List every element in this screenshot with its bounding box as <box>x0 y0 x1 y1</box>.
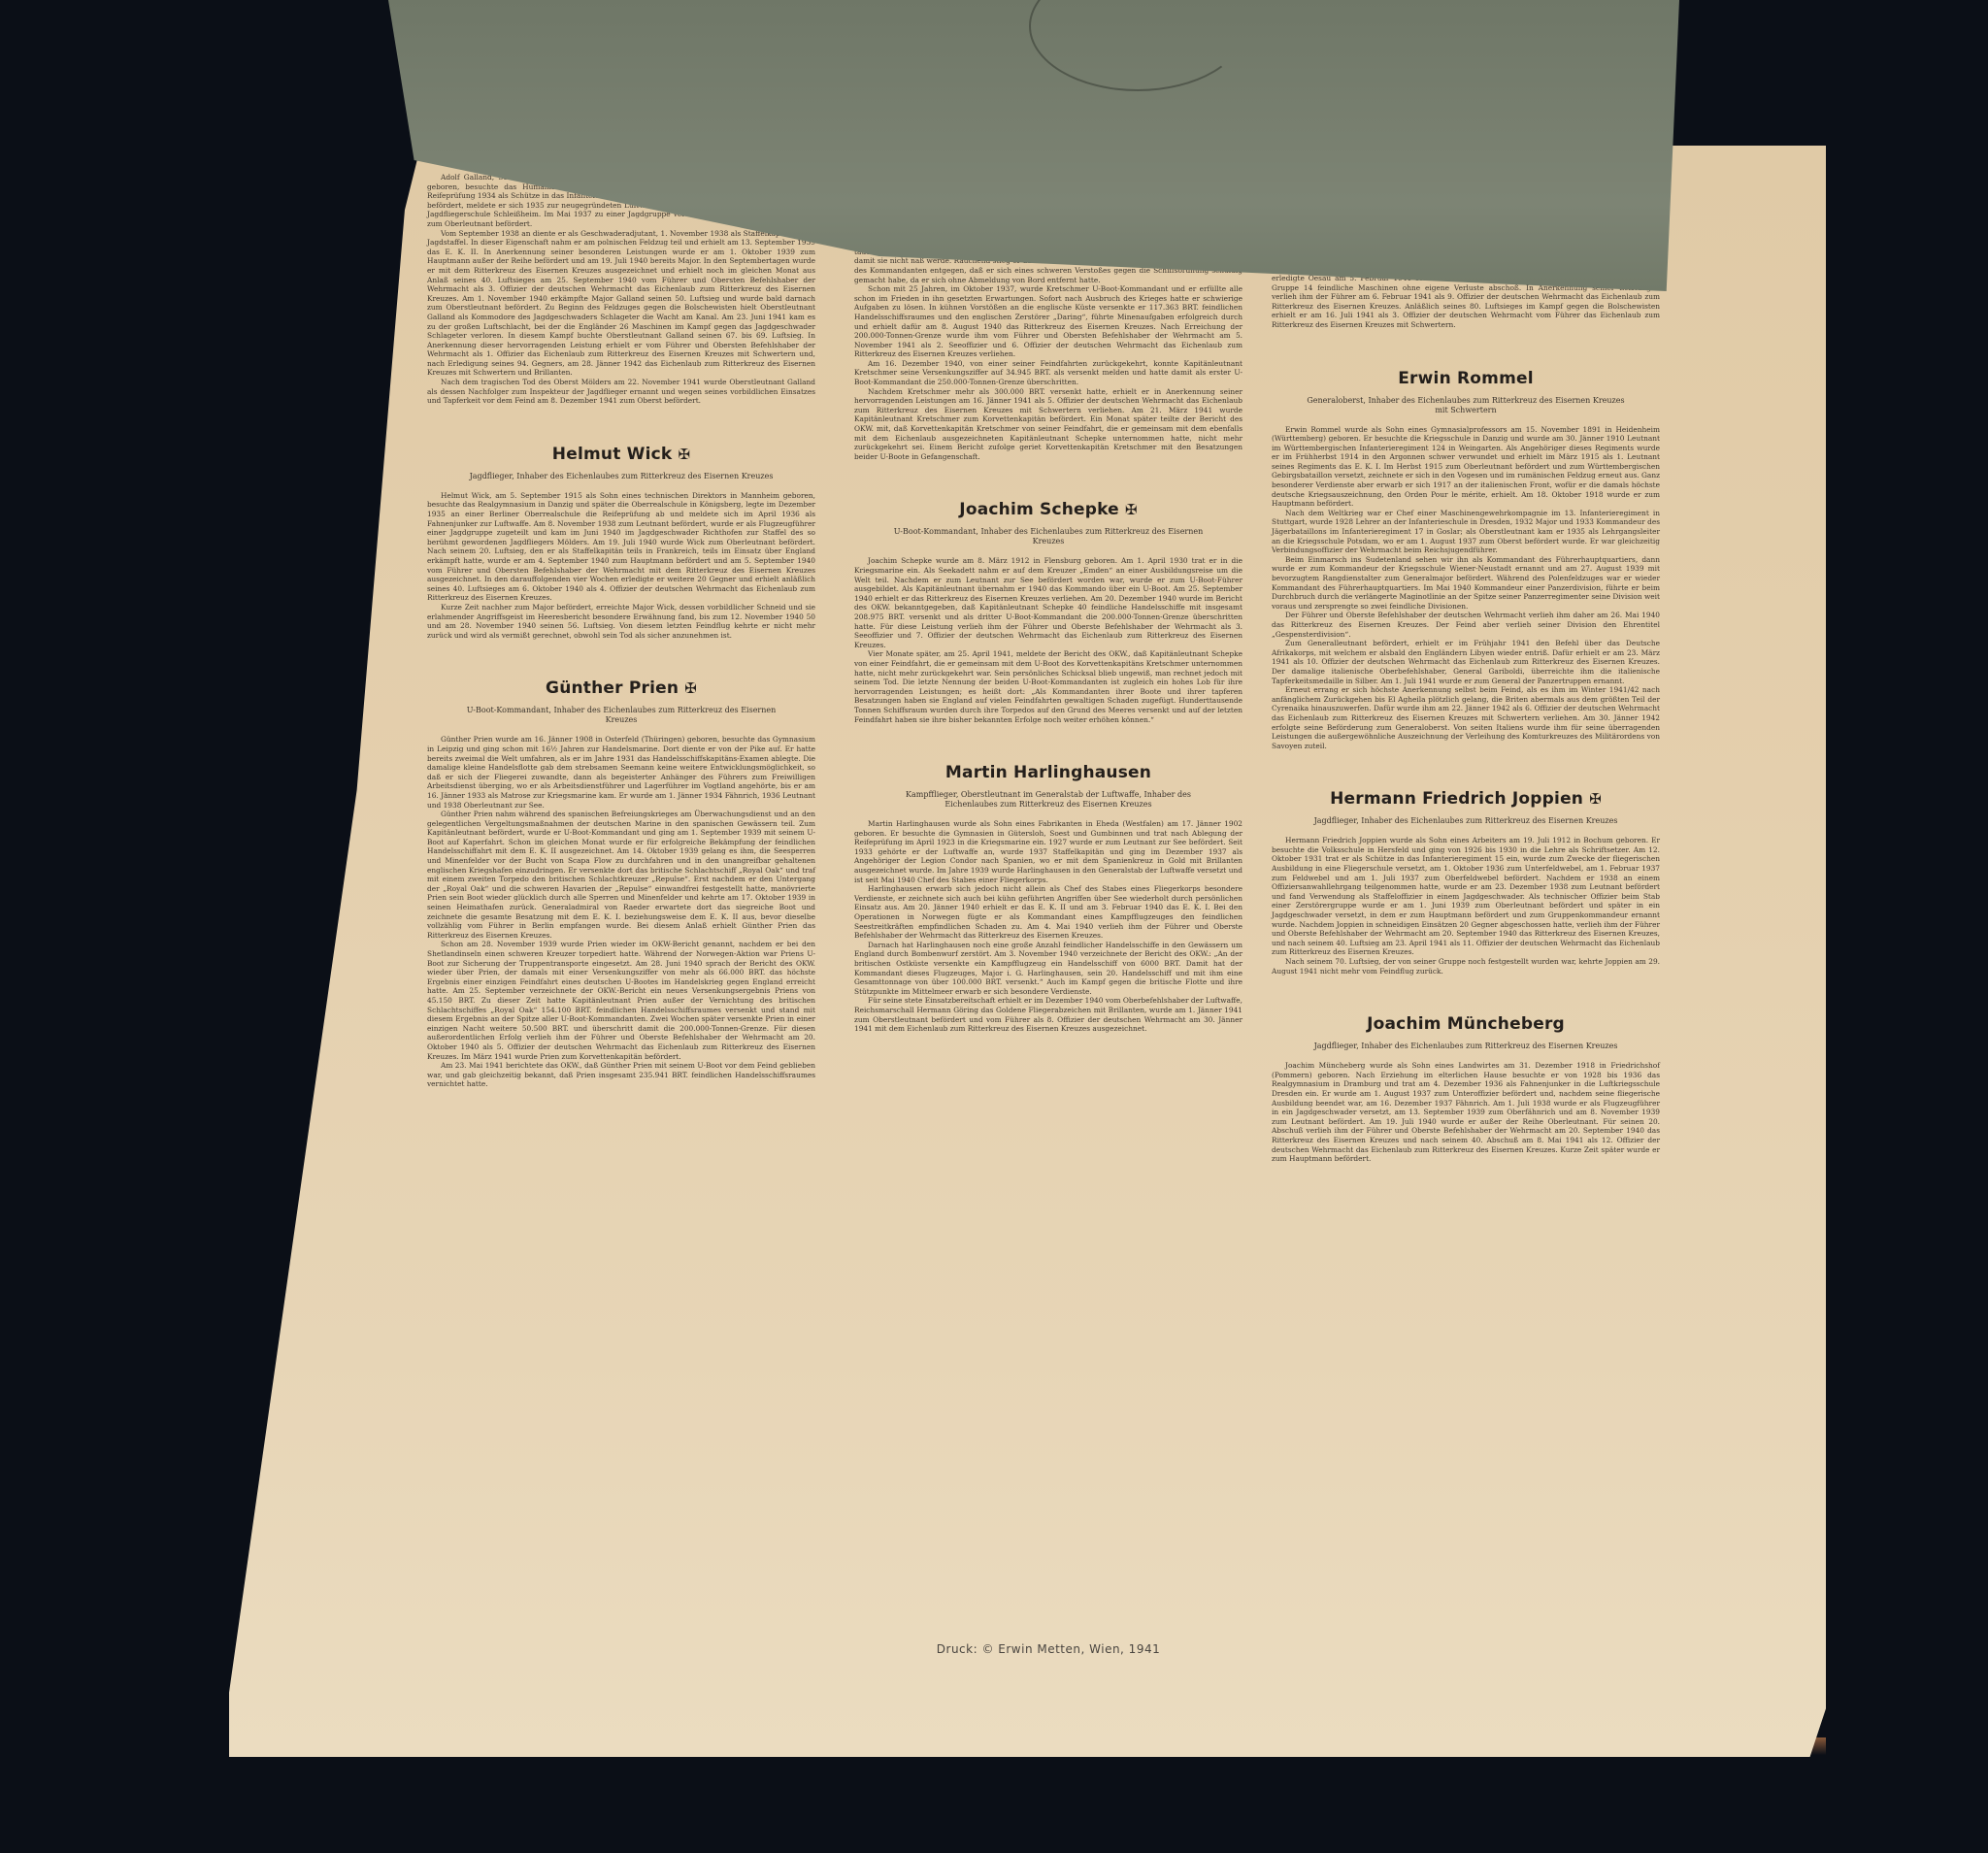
entry-helmut-wick: Helmut Wick✠Jagdflieger, Inhaber des Eic… <box>427 445 815 641</box>
entry-name: Martin Harlinghausen <box>854 763 1242 782</box>
entry-rank-title: Jagdflieger, Inhaber des Eichenlaubes zu… <box>456 472 786 481</box>
entry-biography: Hermann Friedrich Joppien wurde als Sohn… <box>1272 836 1660 976</box>
entry-erwin-rommel: Erwin RommelGeneraloberst, Inhaber des E… <box>1272 369 1660 751</box>
biography-paragraph: Nach dem tragischen Tod des Oberst Mölde… <box>427 378 815 406</box>
deceased-cross-icon: ✠ <box>684 679 697 697</box>
biography-paragraph: Vier Monate später, am 25. April 1941, m… <box>854 649 1242 724</box>
biography-paragraph: Für seine stete Einsatzbereitschaft erhi… <box>854 996 1242 1033</box>
deceased-cross-icon: ✠ <box>678 446 690 463</box>
biography-paragraph: Darnach hat Harlinghausen noch eine groß… <box>854 941 1242 997</box>
deceased-cross-icon: ✠ <box>1589 790 1602 808</box>
entry-biography: Martin Harlinghausen wurde als Sohn eine… <box>854 819 1242 1034</box>
entry-rank-title: U-Boot-Kommandant, Inhaber des Eichenlau… <box>883 527 1213 546</box>
entry-rank-title: U-Boot-Kommandant, Inhaber des Eichenlau… <box>456 706 786 725</box>
biography-paragraph: Schon mit 25 Jahren, im Oktober 1937, wu… <box>854 284 1242 359</box>
entry-biography: Joachim Schepke wurde am 8. März 1912 in… <box>854 556 1242 724</box>
biography-paragraph: Vom September 1938 an diente er als Gesc… <box>427 229 815 379</box>
biography-paragraph: Joachim Müncheberg wurde als Sohn eines … <box>1272 1061 1660 1164</box>
entry-rank-title: Jagdflieger, Inhaber des Eichenlaubes zu… <box>1301 816 1631 826</box>
entry-rank-title: Jagdflieger, Inhaber des Eichenlaubes zu… <box>1301 1042 1631 1051</box>
biography-paragraph: Schon am 28. November 1939 wurde Prien w… <box>427 940 815 1061</box>
entry-name: Hermann Friedrich Joppien✠ <box>1272 789 1660 809</box>
entry-biography: Helmut Wick, am 5. September 1915 als So… <box>427 491 815 641</box>
entry-joachim-schepke: Joachim Schepke✠U-Boot-Kommandant, Inhab… <box>854 500 1242 724</box>
entry-name: Joachim Müncheberg <box>1272 1014 1660 1034</box>
entry-biography: Günther Prien wurde am 16. Jänner 1908 i… <box>427 735 815 1089</box>
entry-joachim-muencheberg: Joachim MünchebergJagdflieger, Inhaber d… <box>1272 1014 1660 1164</box>
entry-hermann-friedrich-joppien: Hermann Friedrich Joppien✠Jagdflieger, I… <box>1272 789 1660 976</box>
biography-paragraph: Nach dem Weltkrieg war er Chef einer Mas… <box>1272 509 1660 555</box>
biography-paragraph: Joachim Schepke wurde am 8. März 1912 in… <box>854 556 1242 649</box>
biography-paragraph: Helmut Wick, am 5. September 1915 als So… <box>427 491 815 603</box>
biography-paragraph: Hermann Friedrich Joppien wurde als Sohn… <box>1272 836 1660 957</box>
entry-name: Helmut Wick✠ <box>427 445 815 464</box>
column-right: Walter OesauJagdflieger, Inhaber des Eic… <box>1272 134 1660 1203</box>
biography-paragraph: Erwin Rommel wurde als Sohn eines Gymnas… <box>1272 425 1660 509</box>
entry-name: Joachim Schepke✠ <box>854 500 1242 519</box>
entry-biography: Erwin Rommel wurde als Sohn eines Gymnas… <box>1272 425 1660 751</box>
entry-name: Günther Prien✠ <box>427 678 815 698</box>
column-left: Adolf GallandInspekteur der Jagdflieger,… <box>427 116 815 1128</box>
biography-paragraph: Beim Einmarsch ins Sudetenland sehen wir… <box>1272 555 1660 612</box>
biography-paragraph: Der Führer und Oberste Befehlshaber der … <box>1272 611 1660 639</box>
cover-arc-decoration <box>1029 0 1246 91</box>
biography-paragraph: Nachdem Kretschmer mehr als 300.000 BRT.… <box>854 387 1242 462</box>
entry-rank-title: Kampfflieger, Oberstleutnant im Generals… <box>883 790 1213 810</box>
biography-paragraph: Nach seinem 70. Luftsieg, der von seiner… <box>1272 957 1660 976</box>
biography-paragraph: Erneut errang er sich höchste Anerkennun… <box>1272 685 1660 750</box>
biography-paragraph: Martin Harlinghausen wurde als Sohn eine… <box>854 819 1242 884</box>
biography-paragraph: Am 23. Mai 1941 berichtete das OKW., daß… <box>427 1061 815 1089</box>
deceased-cross-icon: ✠ <box>1125 501 1138 518</box>
printer-imprint: Druck: © Erwin Metten, Wien, 1941 <box>427 1642 1670 1656</box>
entry-biography: Joachim Müncheberg wurde als Sohn eines … <box>1272 1061 1660 1164</box>
biography-paragraph: Am 16. Dezember 1940, von einer seiner F… <box>854 359 1242 387</box>
entry-rank-title: Generaloberst, Inhaber des Eichenlaubes … <box>1301 396 1631 415</box>
entry-martin-harlinghausen: Martin HarlinghausenKampfflieger, Oberst… <box>854 763 1242 1034</box>
biography-paragraph: Harlinghausen erwarb sich jedoch nicht a… <box>854 884 1242 941</box>
entry-name: Erwin Rommel <box>1272 369 1660 388</box>
biography-paragraph: Günther Prien nahm während des spanische… <box>427 810 815 940</box>
biography-paragraph: Zum Generalleutnant befördert, erhielt e… <box>1272 639 1660 685</box>
biography-paragraph: Günther Prien wurde am 16. Jänner 1908 i… <box>427 735 815 810</box>
entry-guenther-prien: Günther Prien✠U-Boot-Kommandant, Inhaber… <box>427 678 815 1089</box>
biography-paragraph: Kurze Zeit nachher zum Major befördert, … <box>427 603 815 640</box>
document-page: Adolf GallandInspekteur der Jagdflieger,… <box>427 116 1670 1689</box>
